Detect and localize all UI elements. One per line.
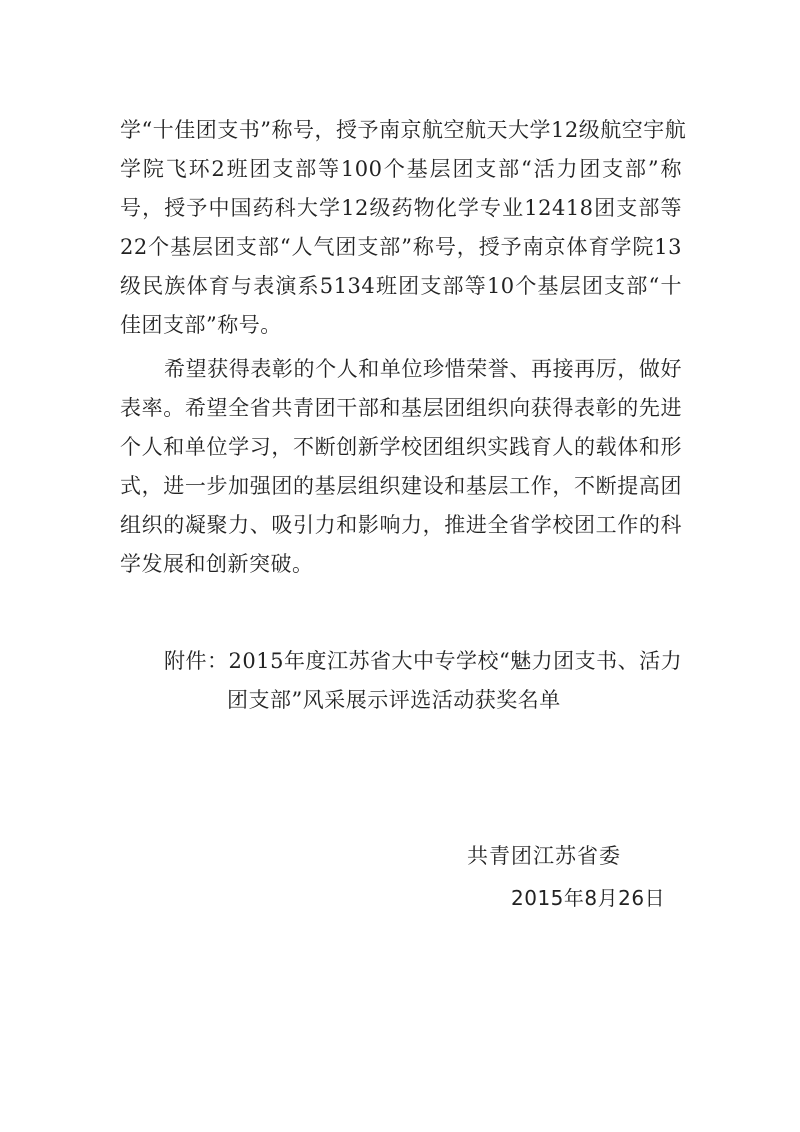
text-line: 级民族体育与表演系5134班团支部等10个基层团支部“十 (120, 272, 682, 300)
text-line: 号，授予中国药科大学12级药物化学专业12418团支部等 (120, 194, 682, 222)
text-line: 22个基层团支部“人气团支部”称号，授予南京体育学院13 (120, 233, 682, 261)
text-line: 学发展和创新突破。 (120, 550, 682, 578)
issuing-organization: 共青团江苏省委 (467, 842, 621, 870)
text-line: 学“十佳团支书”称号，授予南京航空航天大学12级航空宇航 (120, 116, 682, 144)
text-line: 佳团支部”称号。 (120, 311, 682, 339)
text-line: 希望获得表彰的个人和单位珍惜荣誉、再接再厉，做好 (164, 355, 682, 383)
text-line: 表率。希望全省共青团干部和基层团组织向获得表彰的先进 (120, 394, 682, 422)
attachment-line: 团支部”风采展示评选活动获奖名单 (227, 686, 627, 714)
text-line: 组织的凝聚力、吸引力和影响力，推进全省学校团工作的科 (120, 511, 682, 539)
text-line: 个人和单位学习，不断创新学校团组织实践育人的载体和形 (120, 433, 682, 461)
text-line: 学院飞环2班团支部等100个基层团支部“活力团支部”称 (120, 155, 682, 183)
issue-date: 2015年8月26日 (511, 884, 665, 912)
document-page: 学“十佳团支书”称号，授予南京航空航天大学12级航空宇航 学院飞环2班团支部等1… (0, 0, 800, 1132)
attachment-line: 附件：2015年度江苏省大中专学校“魅力团支书、活力 (164, 647, 682, 675)
text-line: 式，进一步加强团的基层组织建设和基层工作，不断提高团 (120, 472, 682, 500)
